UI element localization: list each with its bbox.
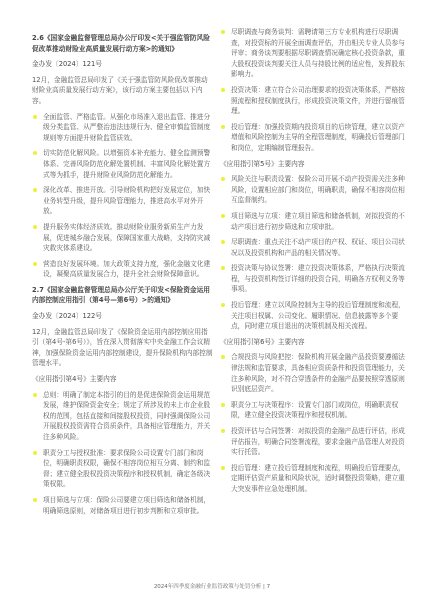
- doc-number: 金办发〔2024〕122号: [32, 311, 214, 322]
- list-item: 深化改革、推进开放。引导财险机构把好发展定位，加快业务转型升级，提升风险管理能力…: [32, 185, 214, 217]
- list-item: 全面监管、严格监管。从强化市场准入退出监管、推进分级分类监管、从严整治违法违规行…: [32, 112, 214, 144]
- bullet-dot-icon: [33, 262, 37, 266]
- bullet-dot-icon: [221, 214, 225, 218]
- bullet-dot-icon: [221, 30, 225, 34]
- list-item: 营造良好发展环境。加大政策支持力度，强化金融文化建设，凝聚高质量发展合力，提升全…: [32, 259, 214, 280]
- page-footer: 2024年四季度金融行业监管政策与处罚分析 | 7: [0, 582, 424, 590]
- list-item: 项目筛选与立项：保险公司要建立项目筛选和储备机制，明确筛选原则，对储备项目进行初…: [32, 495, 214, 516]
- list-item: 职责分工与授权批准：要求保险公司设置专门部门和岗位，明确职责权限，确保不相容岗位…: [32, 448, 214, 490]
- list-item: 职责分工与决策程序：设置专门部门或岗位，明确职责权限，建立健全投资决策程序和授权…: [220, 400, 405, 421]
- guide-6-title: 《应用指引第6号》主要内容: [220, 337, 405, 348]
- bullet-dot-icon: [221, 303, 225, 307]
- list-item: 合规投资与风险把控：保险机构开展金融产品投资要遵循法律法规和监管要求，具备相应资…: [220, 352, 405, 394]
- list-item: 投资决策：建立符合公司治理要求的投资决策体系，严格按照流程和授权制度执行，形成投…: [220, 85, 405, 117]
- bullet-dot-icon: [33, 393, 37, 397]
- list-item: 提升服务实体经济质效。推动财险业服务新质生产力发展，促进城乡融合发展，保障国家重…: [32, 222, 214, 254]
- bullet-dot-icon: [221, 240, 225, 244]
- bullet-list: 尽职调查与商务谈判：需聘请第三方专业机构进行尽职调查，对投资标的开展全面调查评估…: [220, 27, 405, 154]
- bullet-dot-icon: [221, 266, 225, 270]
- bullet-dot-icon: [33, 115, 37, 119]
- document-page: 2.6《国家金融监督管理总局办公厅印发<关于强监管防风险促改革推动财险业高质量发…: [0, 0, 424, 600]
- doc-number: 金办发〔2024〕121号: [32, 59, 214, 70]
- bullet-dot-icon: [221, 403, 225, 407]
- guide-5-title: 《应用指引第5号》主要内容: [220, 159, 405, 170]
- bullet-dot-icon: [221, 88, 225, 92]
- list-item: 投后管理：建立投后管理制度和流程，明确投后管理要点，定期评估资产质量和风险状况，…: [220, 463, 405, 495]
- section-intro: 12月，金融监管总局印发了《保险资金运用内部控制应用指引（第4号-第6号）》，旨…: [32, 327, 214, 369]
- list-item: 项目筛选与立项：建立项目筛选和储备机制，对拟投资的不动产项目进行初步筛选和立项审…: [220, 211, 405, 232]
- section-intro: 12月，金融监管总局印发了《关于强监管防风险促改革推动财险业高质量发展行动方案》…: [32, 75, 214, 107]
- bullet-dot-icon: [221, 355, 225, 359]
- bullet-dot-icon: [33, 451, 37, 455]
- list-item: 尽职调查：重点关注不动产项目的产权、权证、项目公司状况以及投资机构和产品的相关情…: [220, 237, 405, 258]
- list-item: 投资决策与协议签署：建立投资决策体系，严格执行决策流程，与投资机构签订详细的投资…: [220, 263, 405, 295]
- bullet-dot-icon: [33, 151, 37, 155]
- list-item: 尽职调查与商务谈判：需聘请第三方专业机构进行尽职调查，对投资标的开展全面调查评估…: [220, 27, 405, 80]
- bullet-dot-icon: [33, 188, 37, 192]
- bullet-dot-icon: [221, 429, 225, 433]
- left-column: 2.6《国家金融监督管理总局办公厅印发<关于强监管防风险促改革推动财险业高质量发…: [32, 33, 214, 521]
- bullet-dot-icon: [221, 125, 225, 129]
- bullet-list: 总则：明确了制定本指引的目的是促进保险资金运用规范发展，维护保险资金安全；规定了…: [32, 390, 214, 517]
- section-heading-2-6: 2.6《国家金融监督管理总局办公厅印发<关于强监管防风险促改革推动财险业高质量发…: [32, 33, 214, 54]
- bullet-dot-icon: [33, 225, 37, 229]
- list-item: 投资评估与合同签署：对拟投资的金融产品进行评估，形成评估报告，明确合同签署流程，…: [220, 426, 405, 458]
- bullet-list: 风险关注与职责设置：保险公司开展不动产投资需关注多种风险，设置相应部门和岗位，明…: [220, 174, 405, 332]
- list-item: 切实防范化解风险。以增强资本补充能力、健全监测预警体系、完善风险防范化解处置机制…: [32, 148, 214, 180]
- section-heading-2-7: 2.7《国家金融监督管理总局办公厅关于印发<保险资金运用内部控制应用指引（第4号…: [32, 285, 214, 306]
- list-item: 投后管理：建立以风险控制为主导的投后管理制度和流程，关注项目权属、公司变化、履职…: [220, 300, 405, 332]
- guide-4-title: 《应用指引第4号》主要内容: [32, 374, 214, 385]
- list-item: 风险关注与职责设置：保险公司开展不动产投资需关注多种风险，设置相应部门和岗位，明…: [220, 174, 405, 206]
- list-item: 总则：明确了制定本指引的目的是促进保险资金运用规范发展，维护保险资金安全；规定了…: [32, 390, 214, 443]
- bullet-list: 合规投资与风险把控：保险机构开展金融产品投资要遵循法律法规和监管要求，具备相应资…: [220, 352, 405, 494]
- bullet-dot-icon: [221, 466, 225, 470]
- list-item: 投后管理：加强投资期内投资项目的后续管理，建立以资产增值和风险控制为主导的全程管…: [220, 122, 405, 154]
- right-column: 尽职调查与商务谈判：需聘请第三方专业机构进行尽职调查，对投资标的开展全面调查评估…: [220, 27, 405, 500]
- bullet-dot-icon: [221, 177, 225, 181]
- bullet-dot-icon: [33, 498, 37, 502]
- bullet-list: 全面监管、严格监管。从强化市场准入退出监管、推进分级分类监管、从严整治违法违规行…: [32, 112, 214, 280]
